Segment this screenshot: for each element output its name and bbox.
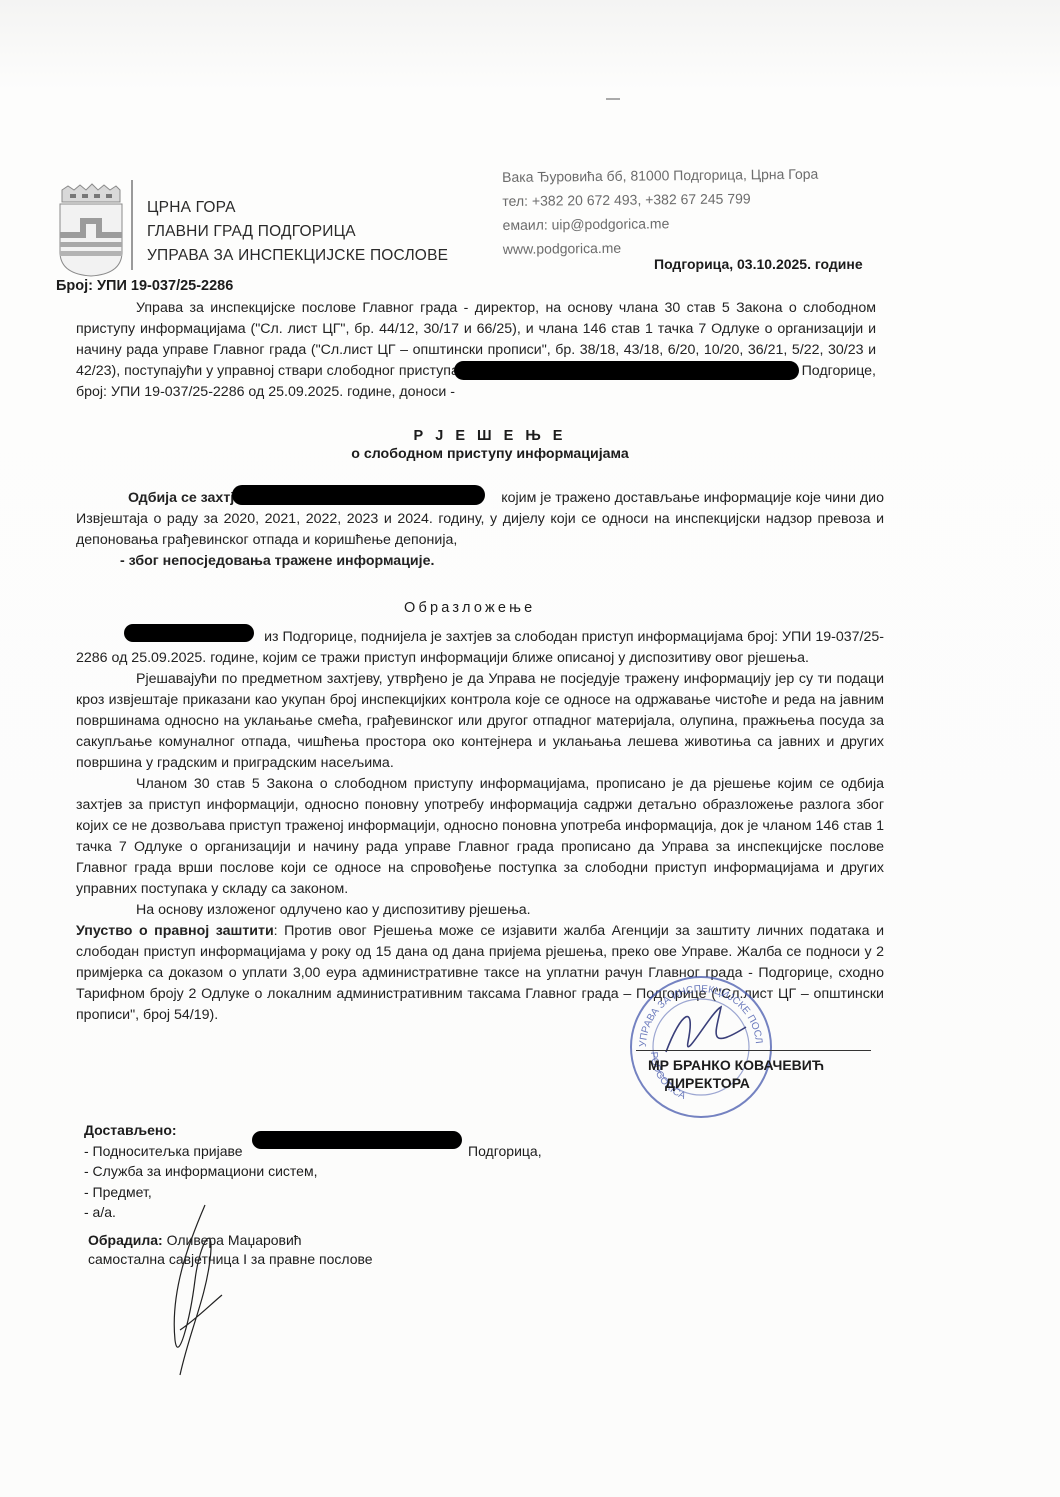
document-page: ЦРНА ГОРА ГЛАВНИ ГРАД ПОДГОРИЦА УПРАВА З…	[0, 0, 1060, 1497]
contact-address: Вака Ђуровића бб, 81000 Подгорица, Црна …	[502, 162, 818, 189]
org-city: ГЛАВНИ ГРАД ПОДГОРИЦА	[147, 220, 448, 244]
delivery-item-suffix: Подгорица,	[468, 1141, 542, 1162]
intro-paragraph: Управа за инспекцијске послове Главног г…	[76, 298, 876, 403]
intro-line: приступу информацијама ("Сл. лист ЦГ", б…	[76, 319, 876, 340]
explanation-p1-line2: 2286 од 25.09.2025. године, којим се тра…	[76, 648, 884, 669]
delivery-item: - Предмет,	[84, 1182, 554, 1203]
explanation-body: из Подгорице, поднијела је захтјев за сл…	[76, 627, 884, 1026]
official-stamp-icon: УПРАВА ЗА ИНСПЕКЦИЈСКЕ ПОСЛОВЕ PODGORICA	[626, 972, 776, 1122]
redaction-bar	[252, 1131, 462, 1149]
redaction-bar	[232, 485, 485, 505]
svg-text:УПРАВА ЗА ИНСПЕКЦИЈСКЕ ПОСЛОВЕ: УПРАВА ЗА ИНСПЕКЦИЈСКЕ ПОСЛОВЕ	[626, 972, 764, 1047]
redaction-bar	[124, 624, 254, 642]
scan-mark	[606, 98, 620, 100]
document-number: Број: УПИ 19-037/25-2286	[56, 278, 233, 294]
organization-block: ЦРНА ГОРА ГЛАВНИ ГРАД ПОДГОРИЦА УПРАВА З…	[147, 196, 448, 268]
prepared-by: Обрадила: Оливера Маџаровић самостална с…	[88, 1231, 373, 1269]
contact-block: Вака Ђуровића бб, 81000 Подгорица, Црна …	[502, 162, 819, 261]
intro-line-end: Подгорице,	[802, 361, 876, 382]
explanation-p4: На основу изложеног одлучено као у диспо…	[76, 900, 884, 921]
signatory-name: МР БРАНКО КОВАЧЕВИЋ	[648, 1057, 824, 1073]
signature-line	[636, 1050, 871, 1051]
explanation-p3: Чланом 30 став 5 Закона о слободном прис…	[76, 774, 884, 900]
decision-line3: депоновања грађевинског отпада и коришће…	[76, 530, 884, 551]
delivery-item: - Служба за информациони систем,	[84, 1161, 554, 1182]
prepared-role: самостална савјетница I за правне послов…	[88, 1250, 373, 1269]
contact-phone: тел: +382 20 672 493, +382 67 245 799	[502, 186, 818, 213]
explanation-p2: Рјешавајући по предметном захтјеву, утвр…	[76, 669, 884, 774]
decision-subtitle: о слободном приступу информацијама	[300, 446, 680, 462]
coat-of-arms-icon	[56, 182, 126, 278]
delivery-item: - Подноситељка пријаве	[84, 1143, 243, 1159]
contact-email: емаил: uip@podgorica.me	[503, 210, 819, 237]
intro-line: начину рада управе Главног града ("Сл.ли…	[76, 340, 876, 361]
decision-line1-rest: којим је тражено достављање информације …	[501, 488, 884, 509]
redaction-bar	[454, 361, 799, 380]
decision-title: Р Ј Е Ш Е Њ Е	[300, 428, 680, 444]
decision-line2: Извјештаја о раду за 2020, 2021, 2022, 2…	[76, 509, 884, 530]
signatory-title: ДИРЕКТОРА	[665, 1075, 750, 1091]
handwritten-signature-icon	[150, 1200, 230, 1380]
decision-header: Р Ј Е Ш Е Њ Е о слободном приступу инфор…	[300, 428, 680, 462]
decision-lead: Одбија се захтје	[128, 490, 242, 506]
intro-line: Управа за инспекцијске послове Главног г…	[76, 298, 876, 319]
intro-line: број: УПИ 19-037/25-2286 од 25.09.2025. …	[76, 382, 876, 403]
org-department: УПРАВА ЗА ИНСПЕКЦИЈСКЕ ПОСЛОВЕ	[147, 244, 448, 268]
org-country: ЦРНА ГОРА	[147, 196, 448, 220]
header-divider	[131, 180, 133, 270]
explanation-title: Образложење	[404, 600, 535, 616]
document-date: Подгорица, 03.10.2025. године	[654, 256, 863, 272]
legal-remedy-label: Упуство о правној заштити	[76, 923, 274, 939]
decision-reason: - због непосједовања тражене информације…	[120, 551, 884, 572]
